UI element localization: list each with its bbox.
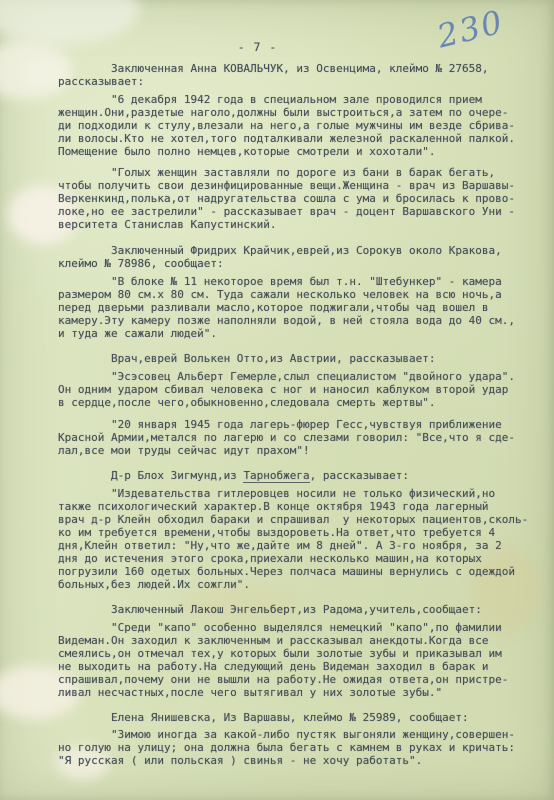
testimony-header-volken: Врач,еврей Волькен Отто,из Австрии, расс… (58, 352, 550, 365)
testimony-quote: "Зимою иногда за какой-либо пустяк выгон… (58, 728, 550, 767)
testimony-header-yanishevska: Елена Янишевска, Из Варшавы, клеймо № 25… (58, 711, 550, 724)
testimony-header-bloch: Д-р Блох Зигмунд,из Тарнобжега, рассказы… (58, 469, 550, 482)
testimony-quote: "Издевательства гитлеровцев носили не то… (58, 487, 550, 591)
scanned-document-page: 230 - 7 - Заключенная Анна КОВАЛЬЧУК, из… (0, 0, 554, 800)
testimony-quote: "6 декабря 1942 года в специальном зале … (58, 93, 550, 158)
testimony-quote: "Голых женщин заставляли по дороге из ба… (58, 166, 550, 231)
testimony-header-kovalchuk: Заключенная Анна КОВАЛЬЧУК, из Освенцима… (58, 62, 550, 88)
header-suffix: , рассказывает: (310, 469, 409, 482)
page-number: - 7 - (0, 40, 515, 54)
testimony-quote: "Эсэсовец Альберт Гемерле,слыл специалис… (58, 370, 550, 409)
paper-stain (0, 0, 140, 45)
header-prefix: Д-р Блох Зигмунд,из (58, 469, 243, 482)
underlined-place-name: Тарнобжега (243, 469, 309, 483)
testimony-quote: "В блоке № 11 некоторое время был т.н. "… (58, 275, 550, 340)
testimony-quote: "Среди "капо" особенно выделялся немецки… (58, 621, 550, 699)
document-text: Заключенная Анна КОВАЛЬЧУК, из Освенцима… (58, 62, 550, 767)
testimony-quote: "20 января 1945 года лагерь-фюрер Гесс,ч… (58, 418, 550, 457)
testimony-header-engelbert: Заключенный Лакош Энгельберт,из Радома,у… (58, 603, 550, 616)
testimony-header-kraichik: Заключенный Фридрих Крайчик,еврей,из Сор… (58, 244, 550, 270)
